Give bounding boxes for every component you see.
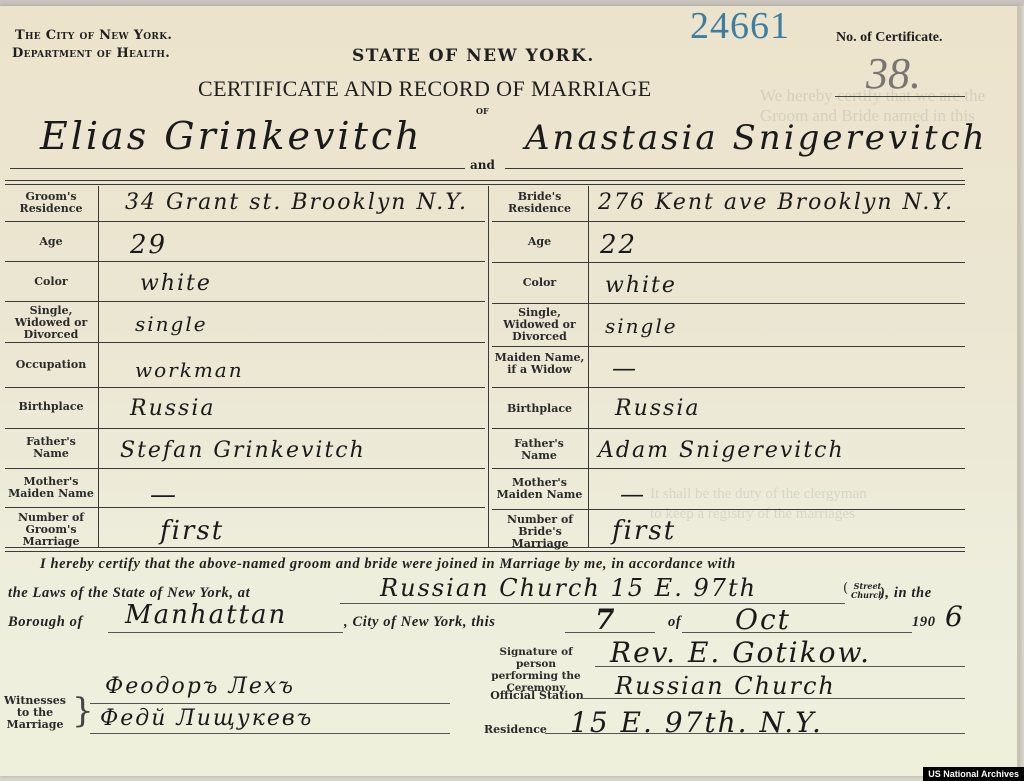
bride-marriage-number-value: first <box>612 516 676 546</box>
groom-age-label: Age <box>5 236 97 248</box>
groom-marriage-number-value: first <box>160 516 224 546</box>
row-rule <box>492 468 965 469</box>
certificate-number-label: No. of Certificate. <box>836 30 943 46</box>
certificate-number-rule <box>835 96 965 97</box>
center-divider <box>488 186 489 548</box>
bride-residence-value: 276 Kent ave Brooklyn N.Y. <box>598 190 954 215</box>
table-top-rule-2 <box>5 184 965 185</box>
bride-color-label: Color <box>492 277 587 289</box>
table-bottom-rule-2 <box>5 551 965 552</box>
bride-mother-label: Mother's Maiden Name <box>492 477 587 501</box>
groom-name: Elias Grinkevitch <box>40 114 423 158</box>
groom-mother-value: — <box>150 480 178 510</box>
marriage-place: Russian Church 15 E. 97th <box>380 574 757 602</box>
bride-marriage-number-label: Number of Bride's Marriage <box>500 514 580 550</box>
officiant-residence-value: 15 E. 97th. N.Y. <box>570 706 823 739</box>
paren-open: ( <box>843 581 848 596</box>
bleed-through-text: It shall be the duty of the clergyman <box>650 486 867 503</box>
table-bottom-rule <box>5 547 965 548</box>
bride-father-value: Adam Snigerevitch <box>598 438 845 463</box>
church-label: Church <box>851 591 884 600</box>
groom-residence-value: 34 Grant st. Brooklyn N.Y. <box>125 190 468 215</box>
of-text: of <box>668 614 681 631</box>
row-rule <box>5 468 485 469</box>
groom-occupation-value: workman <box>135 358 244 382</box>
table-top-rule <box>5 180 965 181</box>
month-rule <box>682 632 912 633</box>
bride-color-value: white <box>605 273 677 298</box>
bride-age-value: 22 <box>600 230 637 260</box>
borough-prefix: Borough of <box>8 614 83 631</box>
groom-name-rule <box>10 168 465 169</box>
state-title: STATE OF NEW YORK. <box>352 46 595 66</box>
groom-birthplace-label: Birthplace <box>5 401 97 413</box>
bride-marital-value: single <box>605 314 678 338</box>
image-credit: US National Archives <box>923 767 1024 781</box>
bride-name: Anastasia Snigerevitch <box>525 118 988 158</box>
marriage-certificate: We hereby certify that we are the Groom … <box>0 6 1020 776</box>
bride-maiden-name-value: — <box>612 354 638 382</box>
row-rule <box>492 387 965 388</box>
borough-value: Manhattan <box>125 600 287 630</box>
certificate-title: CERTIFICATE AND RECORD OF MARRIAGE <box>198 76 652 102</box>
groom-color-value: white <box>140 271 212 296</box>
bride-birthplace-value: Russia <box>615 396 700 421</box>
groom-marital-label: Single, Widowed or Divorced <box>5 305 97 341</box>
row-rule <box>5 428 485 429</box>
and-label: and <box>470 158 495 172</box>
groom-residence-label: Groom's Residence <box>5 191 97 215</box>
row-rule <box>5 301 485 302</box>
stamp-number: 24661 <box>690 4 790 48</box>
certification-line-2-suffix: ), in the <box>880 585 932 602</box>
groom-color-label: Color <box>5 276 97 288</box>
month-value: Oct <box>735 603 791 636</box>
groom-birthplace-value: Russia <box>130 396 215 421</box>
bride-father-label: Father's Name <box>505 438 573 462</box>
groom-label-divider <box>98 186 99 548</box>
witness-2-name: Федй Лищукевъ <box>100 706 313 731</box>
row-rule <box>5 221 485 222</box>
bride-residence-label: Bride's Residence <box>492 191 587 215</box>
signature-label: Signature of person performing the Cerem… <box>482 646 590 694</box>
of-label: OF <box>476 106 489 116</box>
street-church-note: Street Church <box>851 582 884 600</box>
groom-marital-value: single <box>135 312 208 336</box>
official-station-value: Russian Church <box>615 672 836 700</box>
row-rule <box>5 342 485 343</box>
witnesses-brace: } <box>72 691 94 731</box>
witness-2-rule <box>90 733 450 734</box>
bride-name-rule <box>505 168 963 169</box>
row-rule <box>492 303 965 304</box>
witness-1-name: Феодоръ Лехъ <box>105 674 295 699</box>
row-rule <box>5 261 485 262</box>
bride-birthplace-label: Birthplace <box>492 403 587 415</box>
year-prefix: 190 <box>912 614 936 631</box>
row-rule <box>492 346 965 347</box>
official-station-label: Official Station <box>482 690 592 702</box>
year-suffix: 6 <box>945 600 965 633</box>
bride-label-divider <box>588 186 589 548</box>
day-value: 7 <box>595 603 616 636</box>
bride-marital-label: Single, Widowed or Divorced <box>492 307 587 343</box>
bride-maiden-name-label: Maiden Name, if a Widow <box>492 352 587 376</box>
witnesses-label: Witnesses to the Marriage <box>0 695 70 731</box>
row-rule <box>492 262 965 263</box>
groom-father-value: Stefan Grinkevitch <box>120 438 366 463</box>
bride-age-label: Age <box>492 236 587 248</box>
groom-marriage-number-label: Number of Groom's Marriage <box>10 512 92 548</box>
groom-age-value: 29 <box>130 230 167 260</box>
city-text: , City of New York, this <box>344 614 496 631</box>
witness-1-rule <box>90 703 450 704</box>
row-rule <box>492 428 965 429</box>
city-line: The City of New York. <box>15 28 172 43</box>
groom-father-label: Father's Name <box>20 436 82 460</box>
borough-rule <box>108 632 343 633</box>
groom-occupation-label: Occupation <box>5 359 97 371</box>
groom-mother-label: Mother's Maiden Name <box>5 476 97 500</box>
row-rule <box>5 387 485 388</box>
row-rule <box>492 221 965 222</box>
certificate-number-value: 38. <box>866 48 921 99</box>
department-line: Department of Health. <box>12 46 170 61</box>
certification-line-1: I hereby certify that the above-named gr… <box>40 556 736 573</box>
bride-mother-value: — <box>620 480 646 508</box>
row-rule <box>492 509 965 510</box>
row-rule <box>5 507 485 508</box>
residence-label: Residence <box>484 724 544 736</box>
officiant-signature: Rev. E. Gotikow. <box>610 636 871 669</box>
